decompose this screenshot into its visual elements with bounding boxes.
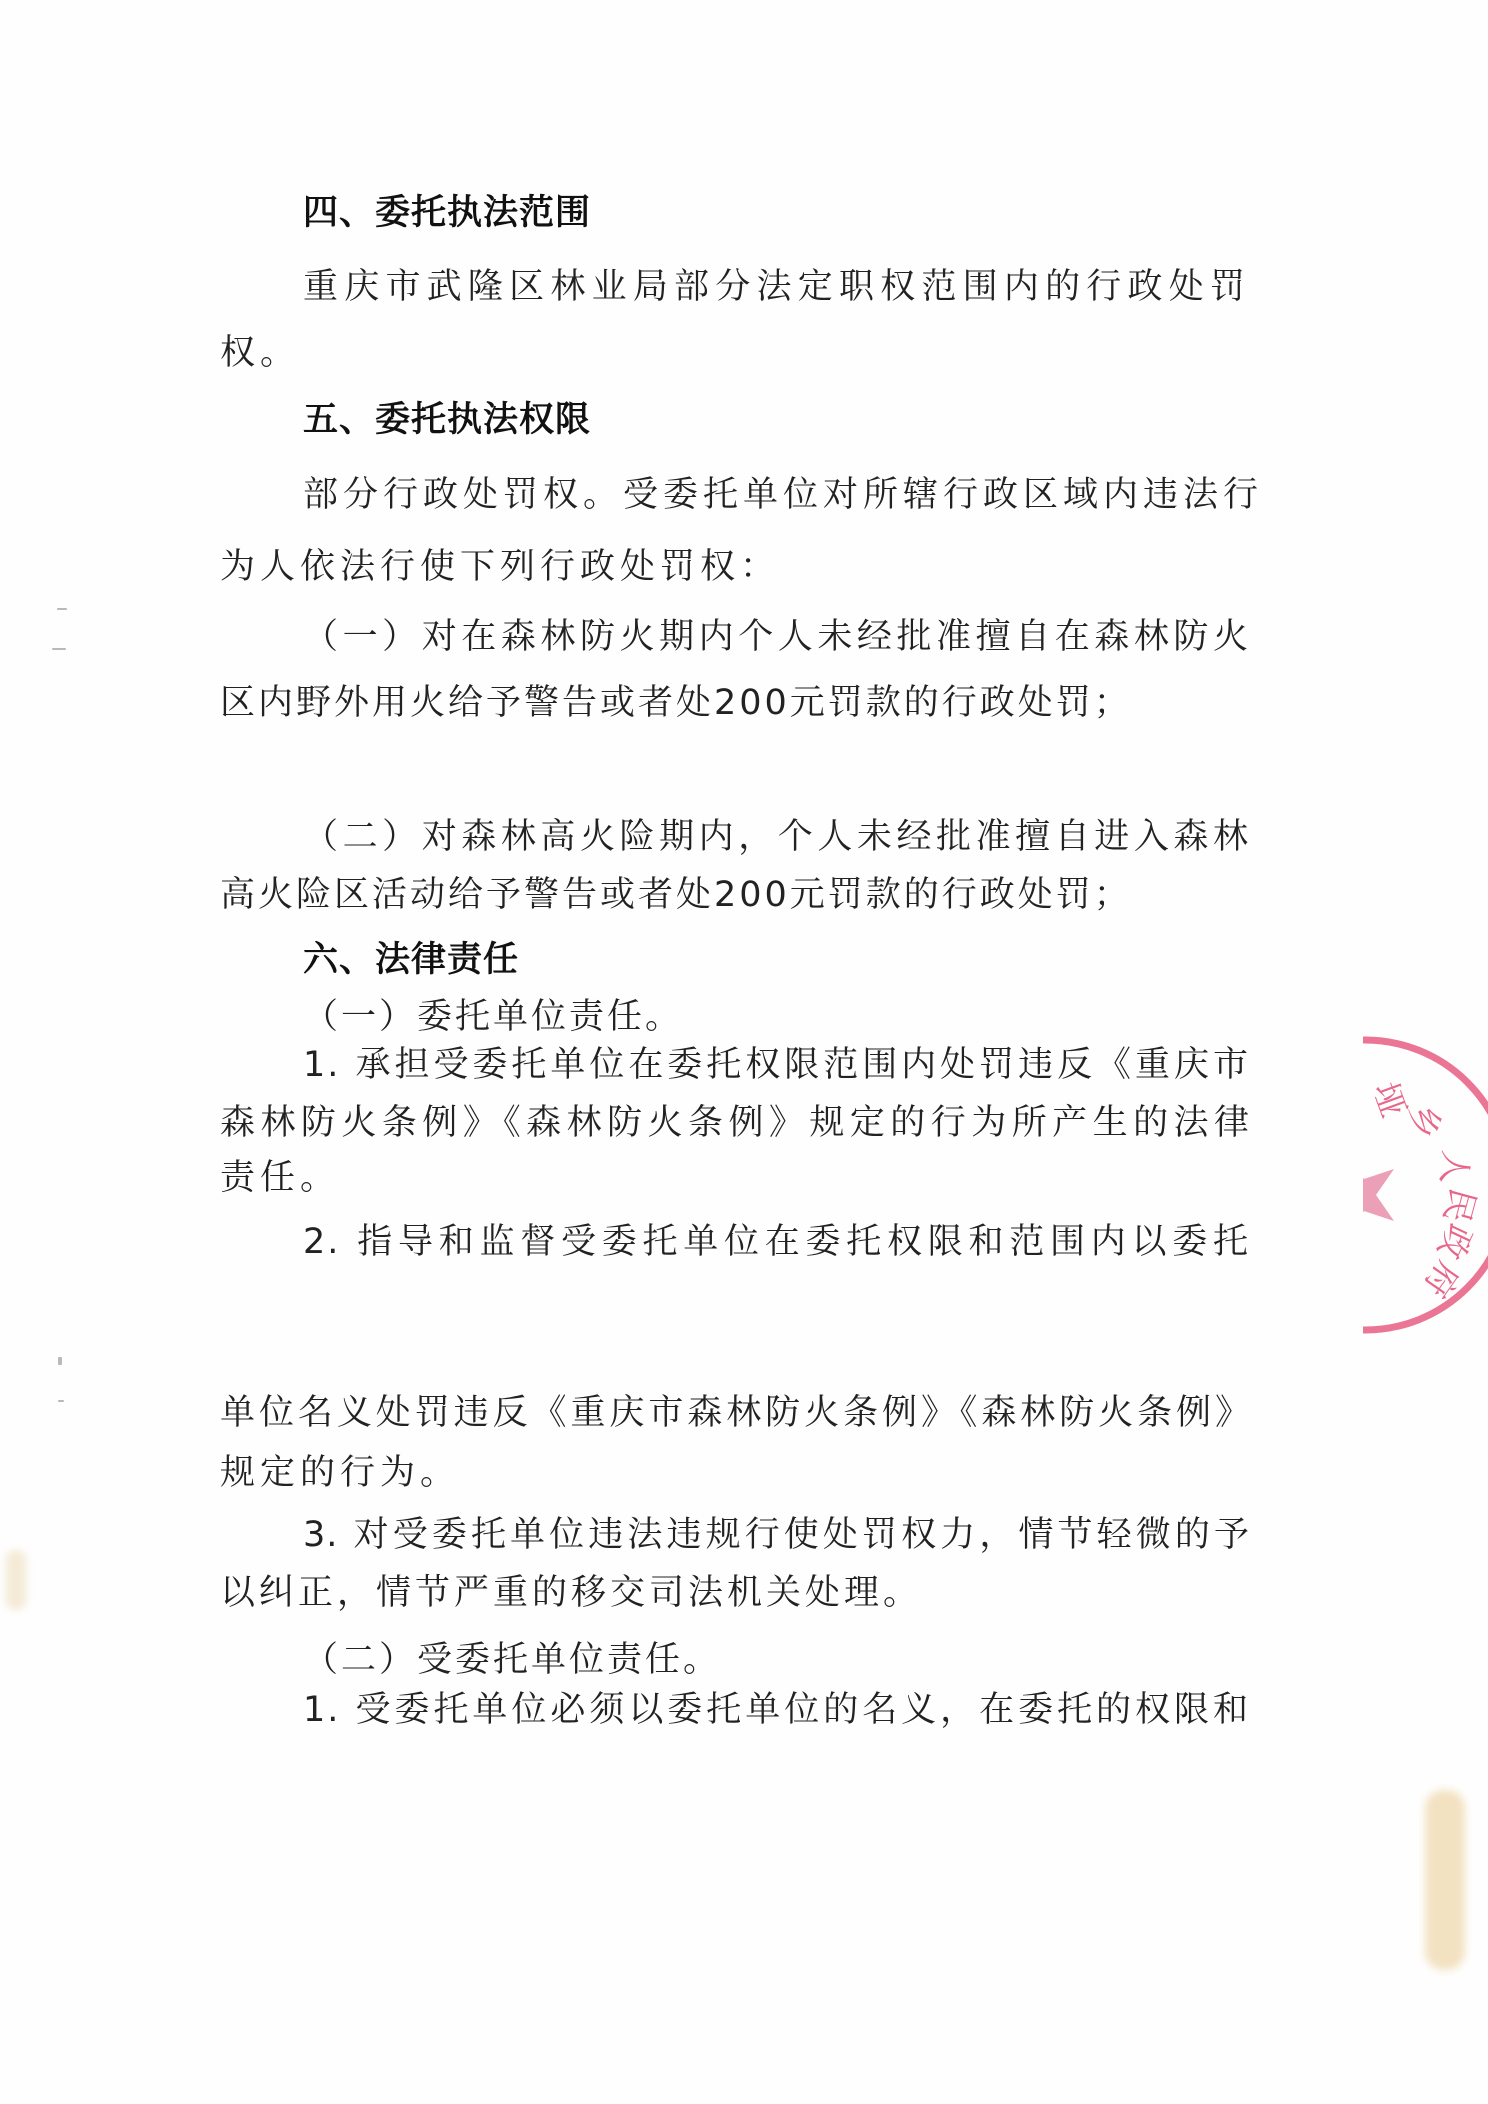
list-item-line: 1. 受委托单位必须以委托单位的名义，在委托的权限和 [303, 1686, 1250, 1734]
list-item-line: 单位名义处罚违反《重庆市森林防火条例》《森林防火条例》 [220, 1389, 1250, 1437]
scan-mark [52, 648, 66, 650]
paragraph-line: 权。 [220, 329, 1250, 377]
list-item-line: （二）对森林高火险期内，个人未经批准擅自进入森林 [303, 813, 1250, 861]
list-item-line: 高火险区活动给予警告或者处200元罚款的行政处罚； [220, 871, 1250, 919]
list-item-line: 3. 对受委托单位违法违规行使处罚权力，情节轻微的予 [303, 1511, 1250, 1559]
list-item-line: 责任。 [220, 1154, 1250, 1202]
list-item-line: 森林防火条例》《森林防火条例》规定的行为所产生的法律 [220, 1099, 1250, 1147]
svg-text:人: 人 [1432, 1148, 1475, 1185]
scan-mark [57, 608, 67, 610]
list-item-line: 以纠正，情节严重的移交司法机关处理。 [220, 1569, 1250, 1617]
scan-mark [58, 1357, 62, 1365]
section-heading-6: 六、法律责任 [303, 936, 1250, 984]
list-item-line: 规定的行为。 [220, 1449, 1250, 1497]
scan-mark [58, 1400, 64, 1402]
paper-stain [1425, 1790, 1465, 1970]
subsection-title: （一）委托单位责任。 [303, 993, 1333, 1041]
official-seal: 垭 乡 人 民 政 府 [1363, 1030, 1488, 1340]
subsection-title: （二）受委托单位责任。 [303, 1636, 1333, 1684]
section-heading-5: 五、委托执法权限 [303, 396, 1250, 444]
list-item-line: 1. 承担受委托单位在委托权限范围内处罚违反《重庆市 [303, 1041, 1250, 1089]
paragraph-line: 重庆市武隆区林业局部分法定职权范围内的行政处罚 [303, 263, 1250, 311]
svg-text:乡: 乡 [1402, 1102, 1447, 1142]
document-page: 四、委托执法范围 重庆市武隆区林业局部分法定职权范围内的行政处罚 权。 五、委托… [0, 0, 1488, 2104]
section-heading-4: 四、委托执法范围 [303, 189, 1250, 237]
paragraph-line: 为人依法行使下列行政处罚权： [220, 543, 1250, 591]
list-item-line: 区内野外用火给予警告或者处200元罚款的行政处罚； [220, 679, 1250, 727]
list-item-line: 2. 指导和监督受委托单位在委托权限和范围内以委托 [303, 1218, 1250, 1266]
paper-stain [6, 1550, 26, 1610]
list-item-line: （一）对在森林防火期内个人未经批准擅自在森林防火 [303, 613, 1250, 661]
paragraph-line: 部分行政处罚权。受委托单位对所辖行政区域内违法行 [303, 471, 1250, 519]
seal-icon: 垭 乡 人 民 政 府 [1363, 1030, 1488, 1340]
